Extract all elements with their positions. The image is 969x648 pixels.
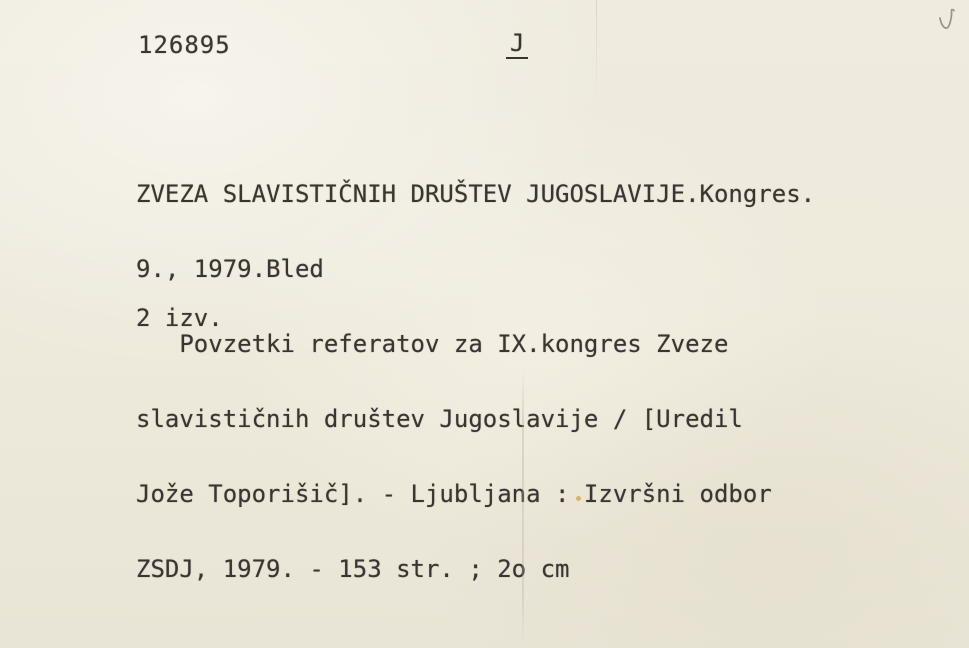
catalog-entry: ZVEZA SLAVISTIČNIH DRUŠTEV JUGOSLAVIJE.K… bbox=[136, 132, 815, 632]
copies-note: 2 izv. bbox=[136, 306, 223, 331]
accession-number: 126895 bbox=[138, 33, 231, 58]
paper-speck bbox=[576, 496, 581, 501]
entry-line-title: Povzetki referatov za IX.kongres Zveze bbox=[136, 332, 815, 357]
pencil-check-icon bbox=[936, 6, 962, 38]
entry-line-editor: Jože Toporišič]. - Ljubljana : Izvršni o… bbox=[136, 482, 815, 507]
catalog-card: 126895 J ZVEZA SLAVISTIČNIH DRUŠTEV JUGO… bbox=[0, 0, 969, 648]
paper-crease bbox=[522, 368, 524, 648]
paper-crease-top bbox=[596, 0, 597, 110]
entry-line-heading: ZVEZA SLAVISTIČNIH DRUŠTEV JUGOSLAVIJE.K… bbox=[136, 182, 815, 207]
entry-line-title-cont: slavističnih društev Jugoslavije / [Ured… bbox=[136, 407, 815, 432]
entry-line-congress: 9., 1979.Bled bbox=[136, 257, 815, 282]
entry-line-collation: ZSDJ, 1979. - 153 str. ; 2o cm bbox=[136, 557, 815, 582]
heading-letter: J bbox=[506, 31, 528, 59]
